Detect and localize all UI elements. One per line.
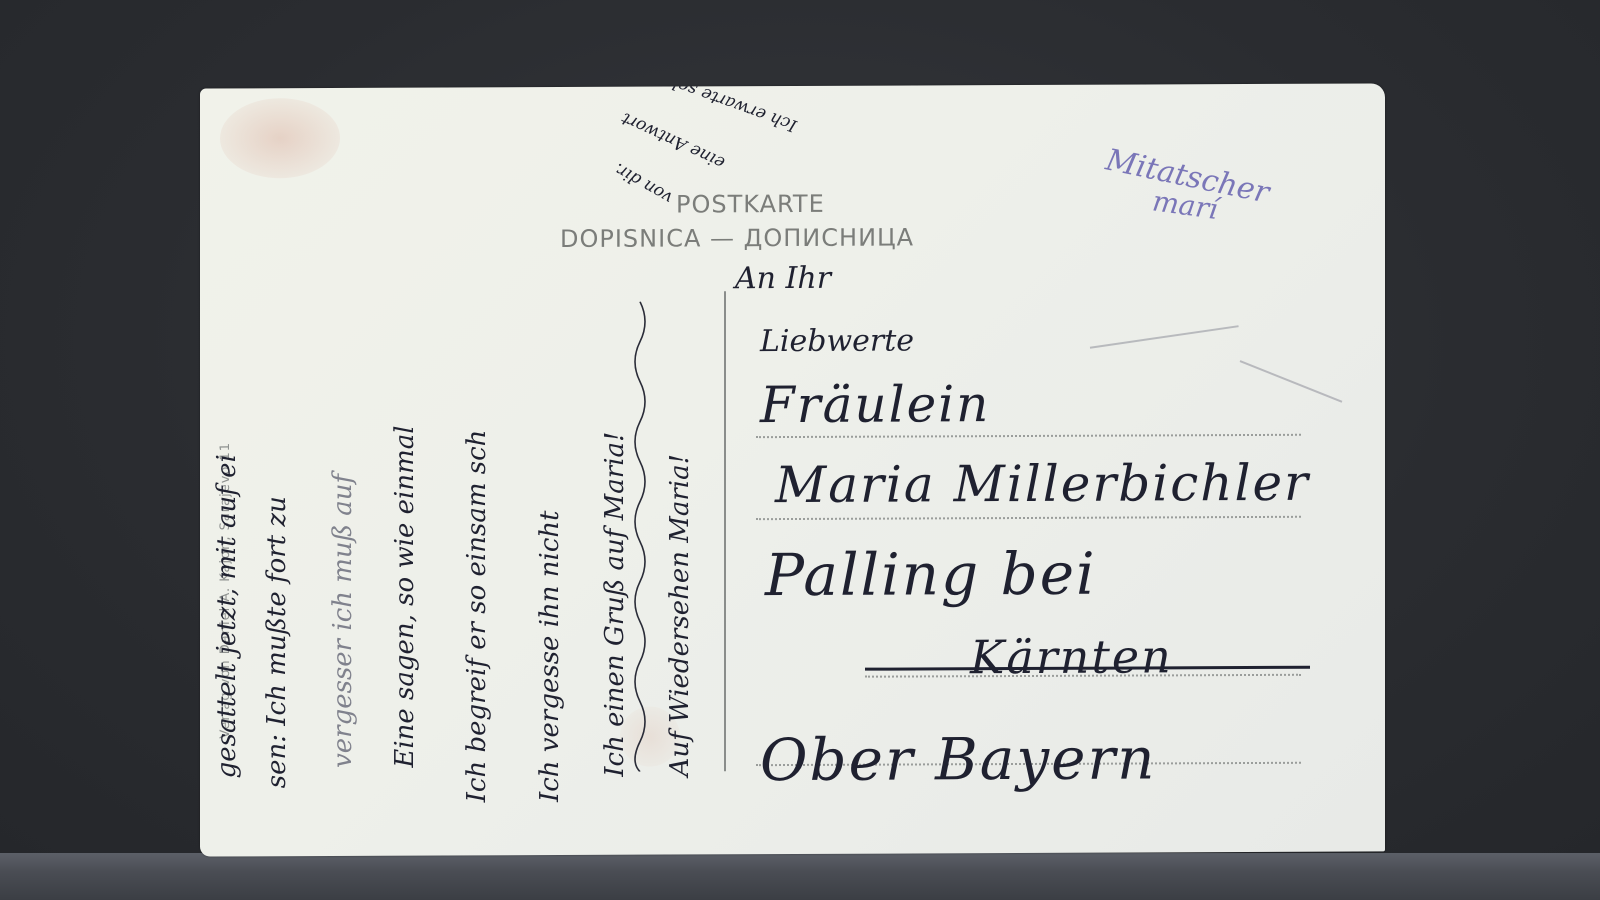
address-line-2 [756,516,1301,520]
message-column-5: Ich begreif er so einsam sch [462,430,492,803]
postcard-subtitle: DOPISNICA — ДОПИСНИЦА [560,223,914,253]
postcard-title: POSTKARTE [676,190,825,219]
address-line-1 [756,434,1301,438]
address-region-struck: Kärnten [970,629,1173,684]
message-column-8: Auf Wiedersehen Maria! [665,454,695,777]
message-column-3: vergesser ich muß auf [328,474,358,768]
shelf-edge [0,853,1600,900]
message-column-2: sen: Ich mußte fort zu [262,496,292,788]
address-prefix: An Ihr [735,261,831,296]
postmark-trace [1090,325,1239,349]
message-corner-line-1: Ich erwarte sehr [670,83,799,135]
wavy-flourish [625,302,655,772]
message-column-6: Ich vergesse ihn nicht [535,510,565,802]
postmark-trace [1240,360,1343,403]
age-stain [220,98,340,179]
address-recipient-name: Maria Millerbichler [775,454,1310,514]
message-column-4: Eine sagen, so wie einmal [390,425,420,767]
address-salutation: Liebwerte [760,323,914,359]
address-title: Fräulein [760,375,990,434]
address-town: Palling bei [765,540,1097,609]
postcard: POSTKARTE DOPISNICA — ДОПИСНИЦА Verlag v… [200,83,1385,856]
message-column-1: gesattelt jetzt, mit auf ei [212,454,242,778]
message-address-divider [724,291,726,771]
address-region: Ober Bayern [760,724,1157,794]
